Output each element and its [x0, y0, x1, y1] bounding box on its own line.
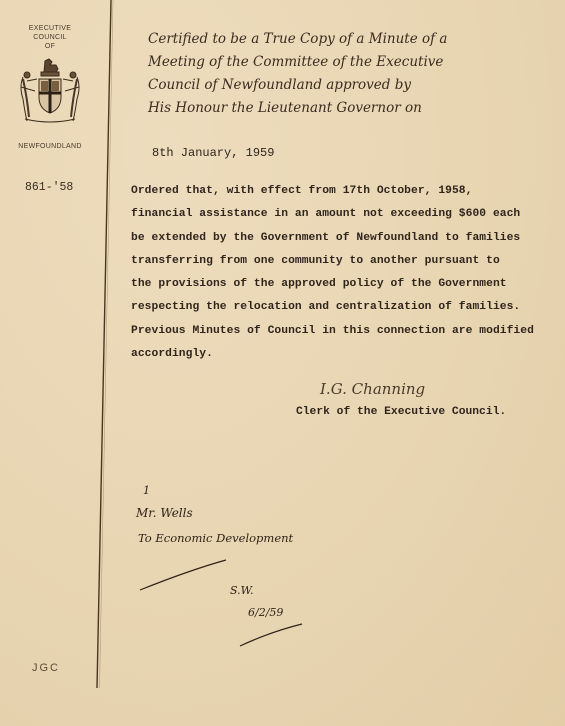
letterhead-bottom: NEWFOUNDLAND [18, 143, 82, 150]
cert-line: His Honour the Lieutenant Governor on [148, 97, 528, 120]
minute-number: 861-'58 [25, 181, 73, 194]
handwritten-signature: I.G. Channing [320, 380, 425, 398]
underline-stroke [140, 560, 226, 590]
handwritten-initials: S.W. [230, 584, 254, 597]
coat-of-arms-icon [15, 57, 85, 127]
handwritten-recipient: Mr. Wells [136, 506, 193, 520]
cert-line: Certified to be a True Copy of a Minute … [148, 28, 528, 51]
letterhead-line: OF [10, 42, 90, 51]
signatory-title: Clerk of the Executive Council. [296, 406, 506, 418]
body-line: financial assistance in an amount not ex… [131, 203, 551, 226]
certification-text: Certified to be a True Copy of a Minute … [148, 28, 528, 120]
cert-line: Council of Newfoundland approved by [148, 74, 528, 97]
handwritten-mark: 1 [143, 484, 150, 497]
cert-line: Meeting of the Committee of the Executiv… [148, 51, 528, 74]
document-page: EXECUTIVE COUNCIL OF NEWFOUNDLAND Certif… [0, 0, 565, 726]
body-line: Ordered that, with effect from 17th Octo… [131, 180, 551, 203]
letterhead-line: COUNCIL [10, 33, 90, 42]
minute-body: Ordered that, with effect from 17th Octo… [131, 180, 551, 366]
body-line: the provisions of the approved policy of… [131, 273, 551, 296]
footer-initials: JGC [32, 662, 60, 674]
body-line: respecting the relocation and centraliza… [131, 296, 551, 319]
body-line: be extended by the Government of Newfoun… [131, 227, 551, 250]
approval-date: 8th January, 1959 [152, 146, 274, 160]
body-line: accordingly. [131, 343, 551, 366]
handwritten-department: To Economic Development [138, 531, 293, 545]
underline-stroke-2 [240, 624, 302, 646]
body-line: transferring from one community to anoth… [131, 250, 551, 273]
handwritten-date: 6/2/59 [248, 606, 283, 619]
letterhead: EXECUTIVE COUNCIL OF NEWFOUNDLAND [10, 24, 90, 153]
body-line: Previous Minutes of Council in this conn… [131, 320, 551, 343]
letterhead-line: EXECUTIVE [10, 24, 90, 33]
